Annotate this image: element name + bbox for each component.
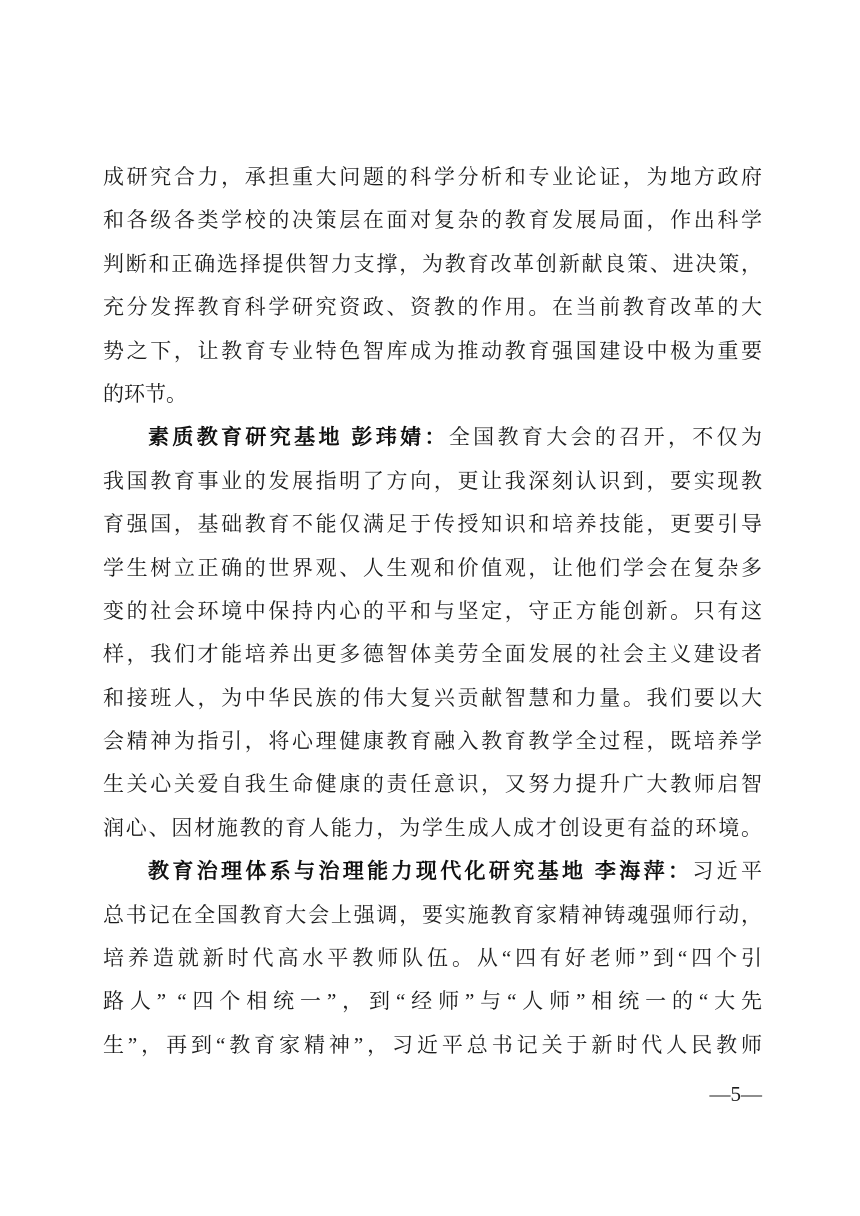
text-line: 生关心关爱自我生命健康的责任意识，又努力提升广大教师启智 <box>103 763 762 806</box>
text-line: 充分发挥教育科学研究资政、资教的作用。在当前教育改革的大 <box>103 286 762 329</box>
text-line: 总书记在全国教育大会上强调，要实施教育家精神铸魂强师行动， <box>103 894 762 937</box>
text-line: 的环节。 <box>103 373 762 416</box>
text-line: 和各级各类学校的决策层在面对复杂的教育发展局面，作出科学 <box>103 199 762 242</box>
text-line: 路人” “四个相统一”，到“经师”与“人师”相统一的“大先 <box>103 980 762 1023</box>
text-line: 势之下，让教育专业特色智库成为推动教育强国建设中极为重要 <box>103 330 762 373</box>
section-heading: 教育治理体系与治理能力现代化研究基地 李海萍： <box>148 859 692 883</box>
text-line: 和接班人，为中华民族的伟大复兴贡献智慧和力量。我们要以大 <box>103 677 762 720</box>
text-line: 教育治理体系与治理能力现代化研究基地 李海萍：习近平 <box>103 850 762 893</box>
document-content: 成研究合力，承担重大问题的科学分析和专业论证，为地方政府和各级各类学校的决策层在… <box>103 156 762 1067</box>
text-line: 润心、因材施教的育人能力，为学生成人成才创设更有益的环境。 <box>103 807 762 850</box>
section-heading: 素质教育研究基地 彭玮婧： <box>148 425 449 449</box>
text-line: 判断和正确选择提供智力支撑，为教育改革创新献良策、进决策， <box>103 243 762 286</box>
text-line: 成研究合力，承担重大问题的科学分析和专业论证，为地方政府 <box>103 156 762 199</box>
document-page: 成研究合力，承担重大问题的科学分析和专业论证，为地方政府和各级各类学校的决策层在… <box>0 0 860 1216</box>
text-line: 生”，再到“教育家精神”，习近平总书记关于新时代人民教师 <box>103 1024 762 1067</box>
text-line: 会精神为指引，将心理健康教育融入教育教学全过程，既培养学 <box>103 720 762 763</box>
text-line: 育强国，基础教育不能仅满足于传授知识和培养技能，更要引导 <box>103 503 762 546</box>
text-line: 培养造就新时代高水平教师队伍。从“四有好老师”到“四个引 <box>103 937 762 980</box>
text-line: 我国教育事业的发展指明了方向，更让我深刻认识到，要实现教 <box>103 460 762 503</box>
text-line: 变的社会环境中保持内心的平和与坚定，守正方能创新。只有这 <box>103 590 762 633</box>
text-line: 学生树立正确的世界观、人生观和价值观，让他们学会在复杂多 <box>103 547 762 590</box>
page-number: —5— <box>710 1082 763 1106</box>
text-line: 样，我们才能培养出更多德智体美劳全面发展的社会主义建设者 <box>103 633 762 676</box>
text-line: 素质教育研究基地 彭玮婧：全国教育大会的召开，不仅为 <box>103 416 762 459</box>
